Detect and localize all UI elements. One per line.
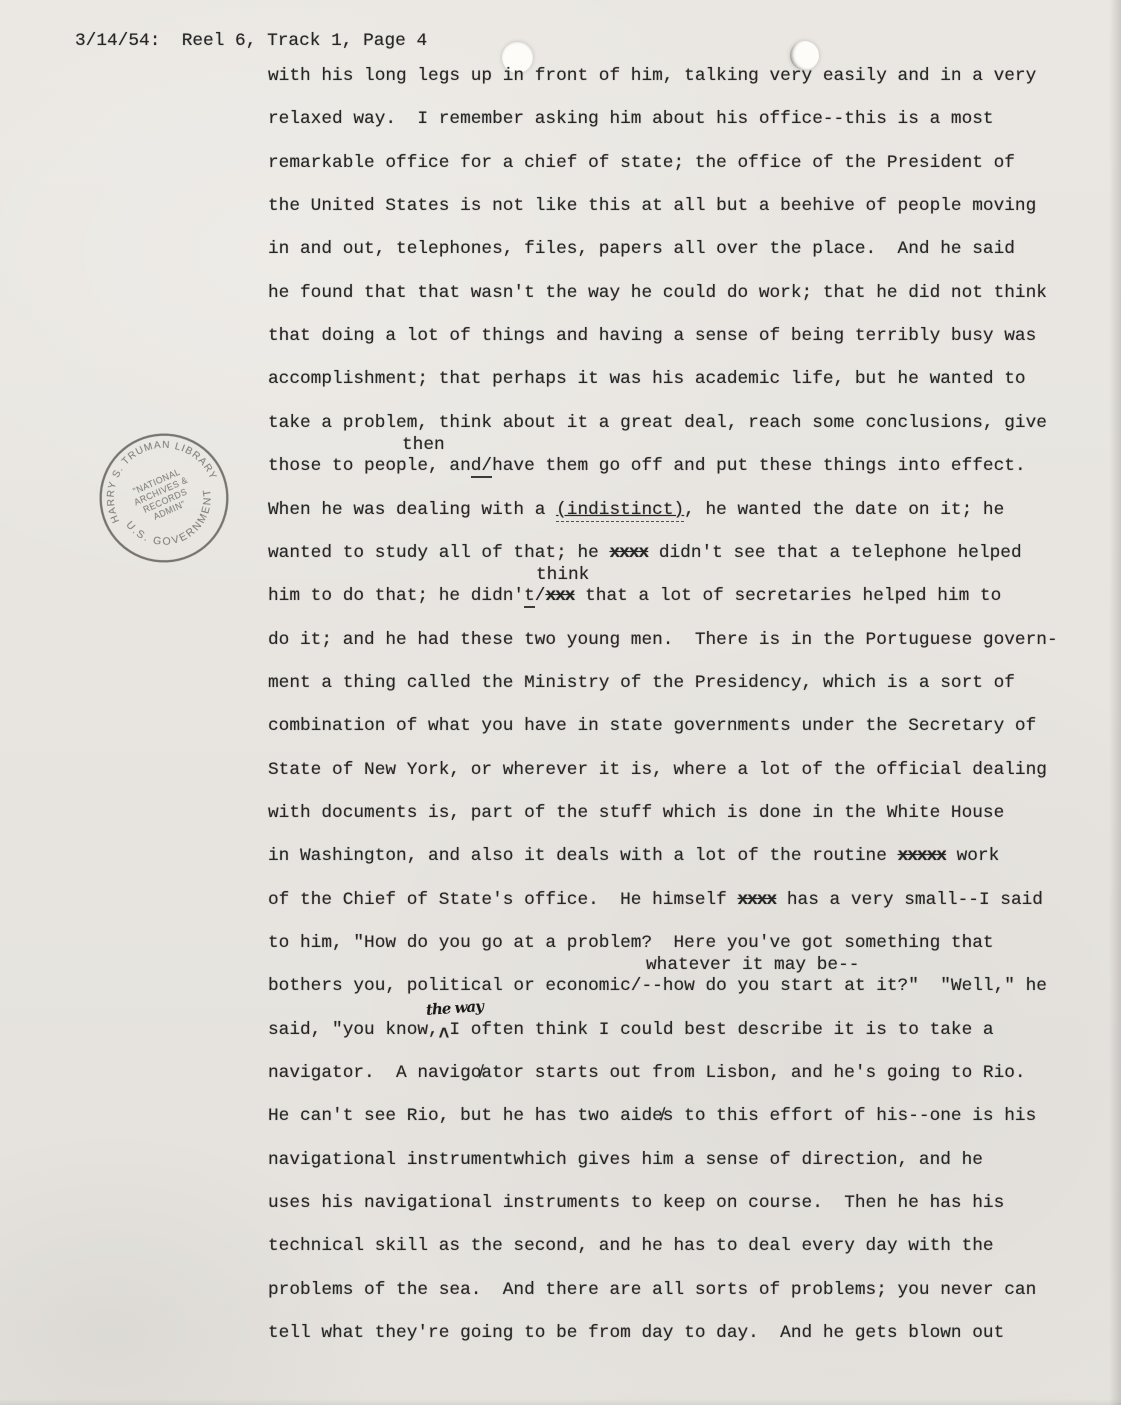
text-segment: that doing a lot of things and having a …	[268, 326, 1036, 346]
typed-insert: whatever it may be--	[646, 955, 859, 976]
text-segment: xxxx	[738, 890, 777, 910]
typescript-line: the waysaid, "you know,^I often think I …	[268, 1020, 994, 1063]
typescript-line: When he was dealing with a (indistinct),…	[268, 500, 1004, 543]
text-segment: State of New York, or wherever it is, wh…	[268, 760, 1047, 780]
text-segment: xxx	[545, 586, 574, 606]
text-segment: navigational instrumentwhich gives him a…	[268, 1150, 983, 1170]
text-segment: navigator. A navigo̸ator starts out from…	[268, 1063, 1026, 1083]
text-segment: those to people, an	[268, 456, 471, 476]
typescript-line: accomplishment; that perhaps it was his …	[268, 369, 1026, 412]
text-segment: have them go off and put these things in…	[492, 456, 1026, 476]
typescript-line: that doing a lot of things and having a …	[268, 326, 1036, 369]
text-segment: d/	[471, 456, 492, 478]
typescript-line: thenthose to people, and/have them go of…	[268, 456, 1026, 499]
typescript-line: of the Chief of State's office. He himse…	[268, 890, 1043, 933]
text-segment: has a very small--I said	[776, 890, 1043, 910]
text-segment: bothers you, political or economic/--how…	[268, 976, 1047, 996]
typescript-line: in Washington, and also it deals with a …	[268, 846, 999, 889]
text-segment: , he wanted the date on it; he	[684, 500, 1004, 520]
text-segment: said, "you know,	[268, 1020, 439, 1040]
text-segment: (indistinct)	[556, 500, 684, 522]
text-segment: the United States is not like this at al…	[268, 196, 1036, 216]
text-segment: in Washington, and also it deals with a …	[268, 846, 898, 866]
page-bottom-shadow	[0, 1399, 1121, 1405]
typescript-line: problems of the sea. And there are all s…	[268, 1280, 1036, 1323]
typescript-line: he found that that wasn't the way he cou…	[268, 283, 1047, 326]
text-segment: to him, "How do you go at a problem? Her…	[268, 933, 994, 953]
text-segment: When he was dealing with a	[268, 500, 556, 520]
document-header: 3/14/54: Reel 6, Track 1, Page 4	[75, 31, 427, 51]
typescript-line: He can't see Rio, but he has two aide̸s …	[268, 1106, 1036, 1149]
typescript-line: in and out, telephones, files, papers al…	[268, 239, 1015, 282]
text-segment: problems of the sea. And there are all s…	[268, 1280, 1036, 1300]
text-segment: he found that that wasn't the way he cou…	[268, 283, 1047, 303]
typescript-line: the United States is not like this at al…	[268, 196, 1036, 239]
typescript-line: State of New York, or wherever it is, wh…	[268, 760, 1047, 803]
text-segment: work	[946, 846, 999, 866]
typescript-line: whatever it may be--bothers you, politic…	[268, 976, 1047, 1019]
text-segment: with his long legs up in front of him, t…	[268, 66, 1036, 86]
text-segment: xxxxx	[898, 846, 946, 866]
typescript-line: thinkhim to do that; he didn't/xxx that …	[268, 586, 1001, 629]
truman-library-stamp-icon: HARRY S. TRUMAN LIBRARY U.S. GOVERNMENT …	[77, 411, 251, 585]
text-segment: I often think I could best describe it i…	[449, 1020, 993, 1040]
typed-insert: then	[402, 435, 445, 456]
typescript-line: tell what they're going to be from day t…	[268, 1323, 1004, 1366]
typescript-line: technical skill as the second, and he ha…	[268, 1236, 994, 1279]
text-segment: didn't see that a telephone helped	[648, 543, 1021, 563]
typescript-line: navigational instrumentwhich gives him a…	[268, 1150, 983, 1193]
text-segment: t	[524, 586, 535, 608]
typescript-body: with his long legs up in front of him, t…	[268, 66, 1098, 1386]
text-segment: tell what they're going to be from day t…	[268, 1323, 1004, 1343]
typescript-line: ment a thing called the Ministry of the …	[268, 673, 1015, 716]
text-segment: /	[535, 586, 546, 606]
text-segment: wanted to study all of that; he	[268, 543, 609, 563]
typescript-line: wanted to study all of that; he xxxx did…	[268, 543, 1022, 586]
text-segment: him to do that; he didn'	[268, 586, 524, 606]
text-segment: uses his navigational instruments to kee…	[268, 1193, 1004, 1213]
text-segment: take a problem, think about it a great d…	[268, 413, 1047, 433]
typescript-line: combination of what you have in state go…	[268, 716, 1036, 759]
text-segment: ment a thing called the Ministry of the …	[268, 673, 1015, 693]
document-page: 3/14/54: Reel 6, Track 1, Page 4 HARRY S…	[0, 0, 1121, 1405]
text-segment: accomplishment; that perhaps it was his …	[268, 369, 1026, 389]
typescript-line: remarkable office for a chief of state; …	[268, 153, 1015, 196]
text-segment: remarkable office for a chief of state; …	[268, 153, 1015, 173]
text-segment: combination of what you have in state go…	[268, 716, 1036, 736]
typescript-line: do it; and he had these two young men. T…	[268, 630, 1058, 673]
text-segment: in and out, telephones, files, papers al…	[268, 239, 1015, 259]
typescript-line: take a problem, think about it a great d…	[268, 413, 1047, 456]
handwritten-insert: the way	[425, 996, 483, 1021]
typescript-line: with documents is, part of the stuff whi…	[268, 803, 1004, 846]
text-segment: relaxed way. I remember asking him about…	[268, 109, 994, 129]
text-segment: that a lot of secretaries helped him to	[574, 586, 1001, 606]
typescript-line: with his long legs up in front of him, t…	[268, 66, 1036, 109]
typescript-line: relaxed way. I remember asking him about…	[268, 109, 994, 152]
text-segment: technical skill as the second, and he ha…	[268, 1236, 994, 1256]
text-segment: of the Chief of State's office. He himse…	[268, 890, 738, 910]
text-segment: ^	[439, 1025, 450, 1051]
typescript-line: to him, "How do you go at a problem? Her…	[268, 933, 994, 976]
text-segment: with documents is, part of the stuff whi…	[268, 803, 1004, 823]
text-segment: He can't see Rio, but he has two aide̸s …	[268, 1106, 1036, 1126]
typescript-line: uses his navigational instruments to kee…	[268, 1193, 1004, 1236]
text-segment: xxxx	[609, 543, 648, 563]
typed-insert: think	[536, 565, 589, 586]
page-edge-shadow	[1109, 0, 1121, 1405]
text-segment: do it; and he had these two young men. T…	[268, 630, 1058, 650]
typescript-line: navigator. A navigo̸ator starts out from…	[268, 1063, 1026, 1106]
